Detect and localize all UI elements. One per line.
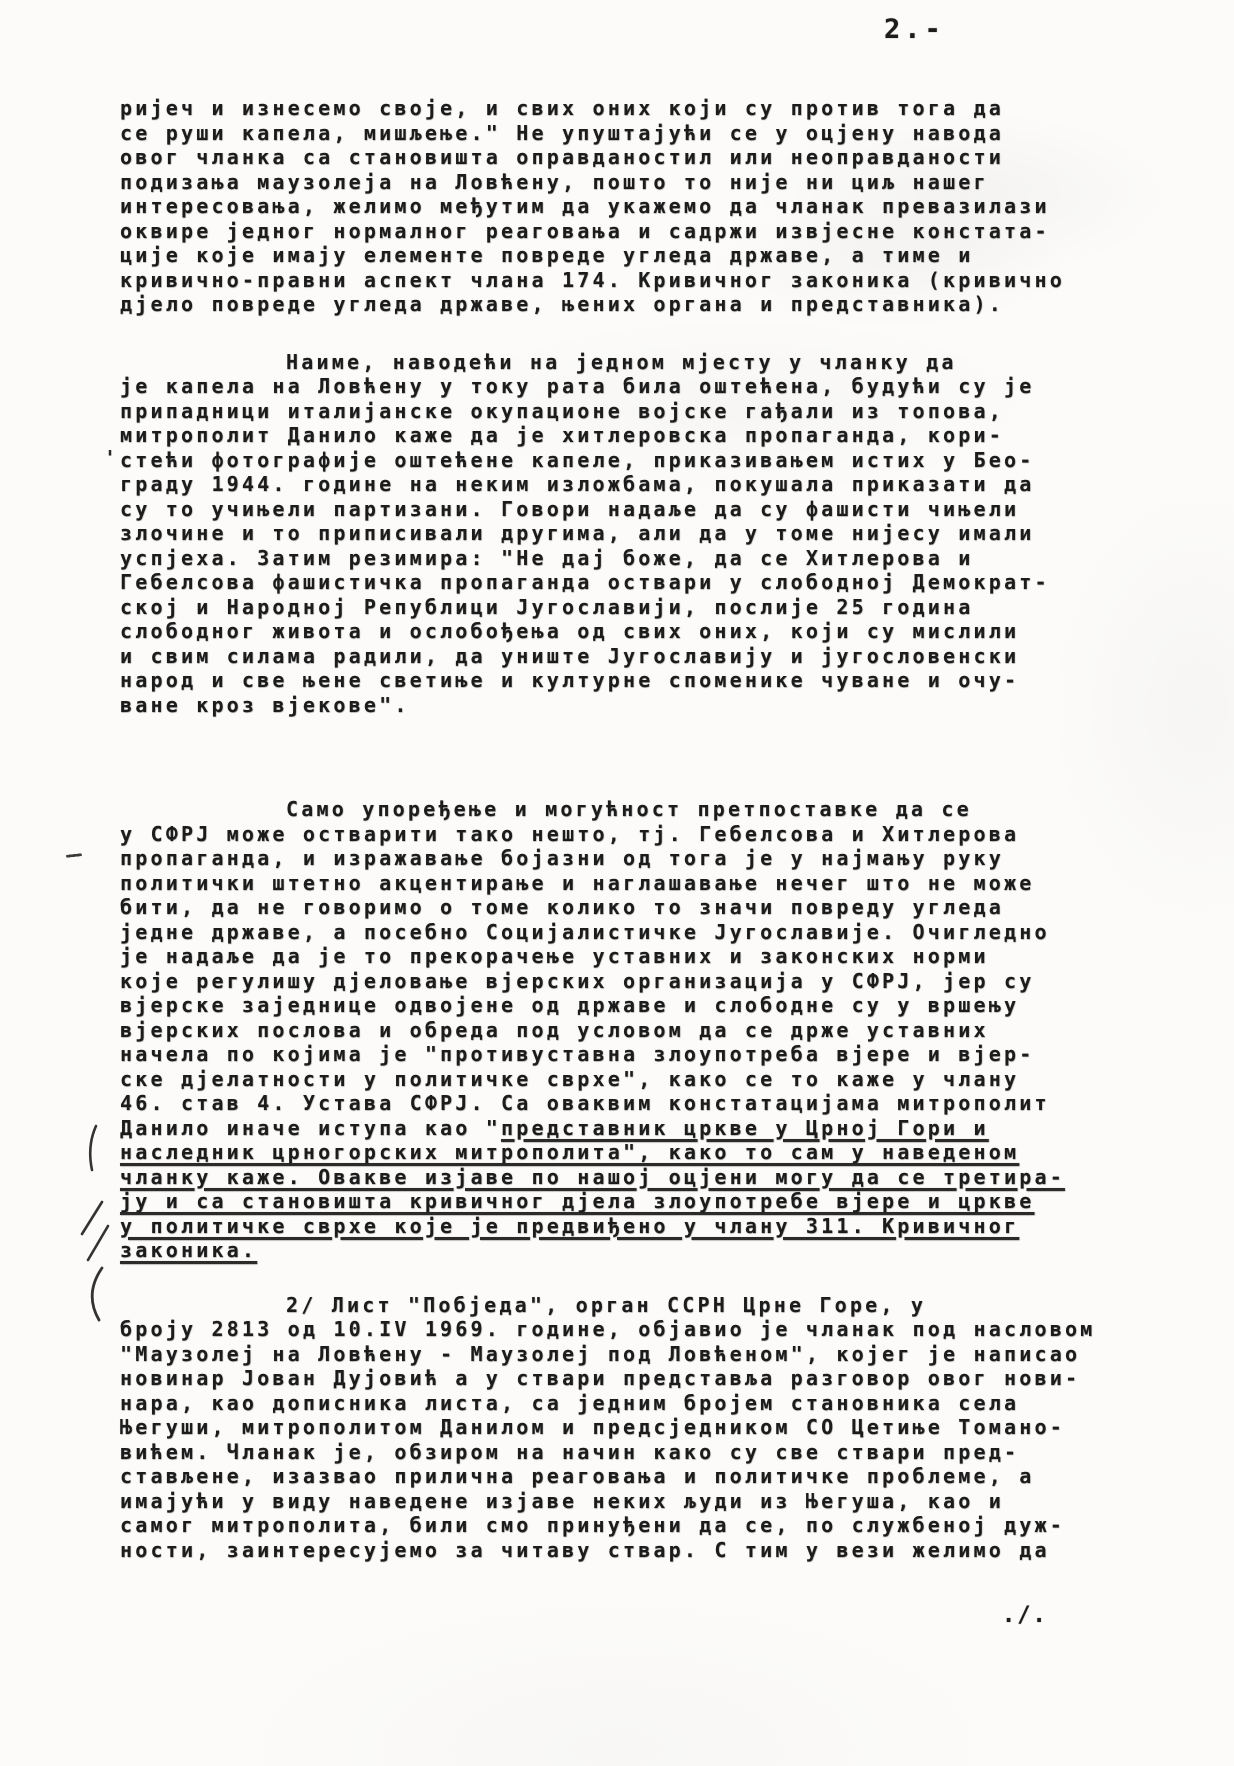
- text-segment: овог чланка са становишта оправданостил …: [120, 145, 1004, 169]
- handwritten-margin-marks: [72, 1118, 122, 1328]
- text-segment: вјерске заједнице одвојене од државе и с…: [120, 993, 1019, 1017]
- text-line: пропаганда, и изражавање бојазни од тога…: [120, 846, 1120, 871]
- text-segment: нара, као дописника листа, са једним бро…: [120, 1391, 1019, 1415]
- underlined-text: у политичке сврхе које је предвиђено у ч…: [120, 1214, 1019, 1238]
- text-line: једне државе, а посебно Социјалистичке Ј…: [120, 920, 1120, 945]
- text-line: Само упоређење и могућност претпоставке …: [120, 797, 1120, 822]
- open-paren-large-mark: [92, 1268, 102, 1320]
- text-segment: које регулишу дјеловање вјерских организ…: [120, 969, 1034, 993]
- text-segment: слободног живота и ослобођења од свих он…: [120, 619, 1019, 643]
- text-line: стећи фотографије оштећене капеле, прика…: [120, 448, 1120, 473]
- double-slash-mark-2: [88, 1226, 108, 1260]
- underlined-text: чланку каже. Овакве изјаве по нашој оцје…: [120, 1165, 1065, 1189]
- text-line: слободног живота и ослобођења од свих он…: [120, 619, 1120, 644]
- text-line: кривично-правни аспект члана 174. Кривич…: [120, 268, 1120, 293]
- text-line: ријеч и изнесемо своје, и свих оних који…: [120, 96, 1120, 121]
- text-segment: Наиме, наводећи на једном мјесту у чланк…: [286, 350, 957, 374]
- text-line: које регулишу дјеловање вјерских организ…: [120, 969, 1120, 994]
- text-line: вјерских послова и обреда под условом да…: [120, 1018, 1120, 1043]
- text-line: чланку каже. Овакве изјаве по нашој оцје…: [120, 1165, 1120, 1190]
- text-line: ности, заинтересујемо за читаву ствар. С…: [120, 1538, 1120, 1563]
- text-line: ју и са становишта кривичног дјела злоуп…: [120, 1189, 1120, 1214]
- text-line: самог митрополита, били смо принуђени да…: [120, 1513, 1120, 1538]
- text-segment: вићем. Чланак је, обзиром на начин како …: [120, 1440, 1019, 1464]
- text-segment: ријеч и изнесемо своје, и свих оних који…: [120, 96, 1004, 120]
- text-line: и свим силама радили, да униште Југослав…: [120, 644, 1120, 669]
- text-segment: оквире једног нормалног реаговања и садр…: [120, 219, 1050, 243]
- continuation-mark: ./.: [1002, 1603, 1048, 1628]
- text-segment: броју 2813 од 10.IV 1969. године, објави…: [120, 1317, 1095, 1341]
- text-line: народ и све њене светиње и културне спом…: [120, 668, 1120, 693]
- text-segment: начела по којима је "противуставна злоуп…: [120, 1042, 1034, 1066]
- text-line: ције које имају елементе повреде угледа …: [120, 243, 1120, 268]
- text-line: Гебелсова фашистичка пропаганда оствари …: [120, 570, 1120, 595]
- text-segment: интересовања, желимо међутим да укажемо …: [120, 194, 1050, 218]
- text-segment: "Маузолеј на Ловћену - Маузолеј под Ловћ…: [120, 1342, 1080, 1366]
- paragraph: 2/ Лист "Побједа", орган ССРН Црне Горе,…: [120, 1293, 1120, 1563]
- text-segment: ске дјелатности у политичке сврхе", како…: [120, 1067, 1019, 1091]
- text-segment: новинар Јован Дујовић а у ствари предста…: [120, 1366, 1080, 1390]
- text-line: имајући у виду наведене изјаве неких људ…: [120, 1489, 1120, 1514]
- text-segment: у СФРЈ може остварити тако нешто, тј. Ге…: [120, 822, 1019, 846]
- text-line: наследник црногорских митрополита", како…: [120, 1140, 1120, 1165]
- text-line: новинар Јован Дујовић а у ствари предста…: [120, 1366, 1120, 1391]
- scanned-document-page: 2.- ријеч и изнесемо своје, и свих оних …: [0, 0, 1234, 1766]
- text-segment: и свим силама радили, да униште Југослав…: [120, 644, 1019, 668]
- text-segment: су то учињели партизани. Говори надаље д…: [120, 497, 1019, 521]
- text-line: у политичке сврхе које је предвиђено у ч…: [120, 1214, 1120, 1239]
- underlined-text: представник цркве у Црној Гори и: [501, 1116, 989, 1140]
- text-line: бити, да не говоримо о томе колико то зн…: [120, 895, 1120, 920]
- open-paren-small-mark: [90, 1126, 96, 1170]
- text-segment: Гебелсова фашистичка пропаганда оствари …: [120, 570, 1050, 594]
- text-line: је капела на Ловћену у току рата била ош…: [120, 374, 1120, 399]
- text-segment: злочине и то приписивали другима, али да…: [120, 521, 1034, 545]
- text-segment: једне државе, а посебно Социјалистичке Ј…: [120, 920, 1050, 944]
- text-line: нара, као дописника листа, са једним бро…: [120, 1391, 1120, 1416]
- text-line: граду 1944. године на неким изложбама, п…: [120, 472, 1120, 497]
- text-line: ској и Народној Републици Југославији, п…: [120, 595, 1120, 620]
- text-segment: бити, да не говоримо о томе колико то зн…: [120, 895, 1004, 919]
- text-segment: Данило иначе иступа као ": [120, 1116, 501, 1140]
- document-body: ријеч и изнесемо своје, и свих оних који…: [120, 96, 1120, 1562]
- text-line: "Маузолеј на Ловћену - Маузолеј под Ловћ…: [120, 1342, 1120, 1367]
- text-line: вићем. Чланак је, обзиром на начин како …: [120, 1440, 1120, 1465]
- text-segment: припадници италијанске окупационе војске…: [120, 399, 1004, 423]
- text-segment: успјеха. Затим резимира: "Не дај боже, д…: [120, 546, 974, 570]
- text-line: Наиме, наводећи на једном мјесту у чланк…: [120, 350, 1120, 375]
- double-slash-mark-1: [82, 1202, 102, 1234]
- text-line: ске дјелатности у политичке сврхе", како…: [120, 1067, 1120, 1092]
- text-line: Његуши, митрополитом Данилом и предсједн…: [120, 1415, 1120, 1440]
- text-segment: 2/ Лист "Побједа", орган ССРН Црне Горе,…: [286, 1293, 926, 1317]
- text-line: су то учињели партизани. Говори надаље д…: [120, 497, 1120, 522]
- text-line: је надаље да је то прекорачење уставних …: [120, 944, 1120, 969]
- text-line: припадници италијанске окупационе војске…: [120, 399, 1120, 424]
- text-segment: ности, заинтересујемо за читаву ствар. С…: [120, 1538, 1050, 1562]
- text-segment: Његуши, митрополитом Данилом и предсједн…: [120, 1415, 1065, 1439]
- text-line: вјерске заједнице одвојене од државе и с…: [120, 993, 1120, 1018]
- underlined-text: ју и са становишта кривичног дјела злоуп…: [120, 1189, 1034, 1213]
- paragraph: Наиме, наводећи на једном мјесту у чланк…: [120, 350, 1120, 718]
- text-segment: дјело повреде угледа државе, њених орган…: [120, 292, 1004, 316]
- text-segment: подизања маузолеја на Ловћену, пошто то …: [120, 170, 989, 194]
- text-line: подизања маузолеја на Ловћену, пошто то …: [120, 170, 1120, 195]
- text-line: интересовања, желимо међутим да укажемо …: [120, 194, 1120, 219]
- text-segment: се руши капела, мишљење." Не упуштајући …: [120, 121, 1004, 145]
- text-line: броју 2813 од 10.IV 1969. године, објави…: [120, 1317, 1120, 1342]
- text-segment: граду 1944. године на неким изложбама, п…: [120, 472, 1034, 496]
- paragraph: ријеч и изнесемо своје, и свих оних који…: [120, 96, 1120, 317]
- text-segment: имајући у виду наведене изјаве неких људ…: [120, 1489, 1004, 1513]
- text-segment: 46. став 4. Устава СФРЈ. Са оваквим конс…: [120, 1091, 1050, 1115]
- text-line: политички штетно акцентирање и наглашава…: [120, 871, 1120, 896]
- text-segment: митрополит Данило каже да је хитлеровска…: [120, 423, 1004, 447]
- text-segment: ској и Народној Републици Југославији, п…: [120, 595, 974, 619]
- text-segment: је надаље да је то прекорачење уставних …: [120, 944, 989, 968]
- text-segment: ције које имају елементе повреде угледа …: [120, 243, 974, 267]
- text-line: ване кроз вјекове".: [120, 693, 1120, 718]
- page-number: 2.-: [884, 14, 945, 45]
- text-line: се руши капела, мишљење." Не упуштајући …: [120, 121, 1120, 146]
- text-line: Данило иначе иступа као "представник црк…: [120, 1116, 1120, 1141]
- text-segment: стављене, изазвао прилична реаговања и п…: [120, 1464, 1034, 1488]
- text-line: митрополит Данило каже да је хитлеровска…: [120, 423, 1120, 448]
- text-line: стављене, изазвао прилична реаговања и п…: [120, 1464, 1120, 1489]
- handwritten-dash-mark: [66, 853, 82, 858]
- text-line: успјеха. Затим резимира: "Не дај боже, д…: [120, 546, 1120, 571]
- paragraph: Само упоређење и могућност претпоставке …: [120, 797, 1120, 1263]
- text-segment: политички штетно акцентирање и наглашава…: [120, 871, 1034, 895]
- text-line: законика.: [120, 1238, 1120, 1263]
- text-line: овог чланка са становишта оправданостил …: [120, 145, 1120, 170]
- text-segment: пропаганда, и изражавање бојазни од тога…: [120, 846, 1004, 870]
- text-segment: кривично-правни аспект члана 174. Кривич…: [120, 268, 1065, 292]
- text-segment: Само упоређење и могућност претпоставке …: [286, 797, 972, 821]
- text-segment: вјерских послова и обреда под условом да…: [120, 1018, 989, 1042]
- text-line: оквире једног нормалног реаговања и садр…: [120, 219, 1120, 244]
- text-line: у СФРЈ може остварити тако нешто, тј. Ге…: [120, 822, 1120, 847]
- text-line: 2/ Лист "Побједа", орган ССРН Црне Горе,…: [120, 1293, 1120, 1318]
- text-line: злочине и то приписивали другима, али да…: [120, 521, 1120, 546]
- underlined-text: наследник црногорских митрополита", како…: [120, 1140, 1019, 1164]
- underlined-text: законика.: [120, 1238, 257, 1262]
- text-segment: ване кроз вјекове".: [120, 693, 410, 717]
- text-segment: самог митрополита, били смо принуђени да…: [120, 1513, 1065, 1537]
- text-segment: стећи фотографије оштећене капеле, прика…: [120, 448, 1034, 472]
- text-segment: је капела на Ловћену у току рата била ош…: [120, 374, 1034, 398]
- text-line: дјело повреде угледа државе, њених орган…: [120, 292, 1120, 317]
- text-line: начела по којима је "противуставна злоуп…: [120, 1042, 1120, 1067]
- handwritten-tick-mark: ': [104, 446, 116, 470]
- text-segment: народ и све њене светиње и културне спом…: [120, 668, 1019, 692]
- text-line: 46. став 4. Устава СФРЈ. Са оваквим конс…: [120, 1091, 1120, 1116]
